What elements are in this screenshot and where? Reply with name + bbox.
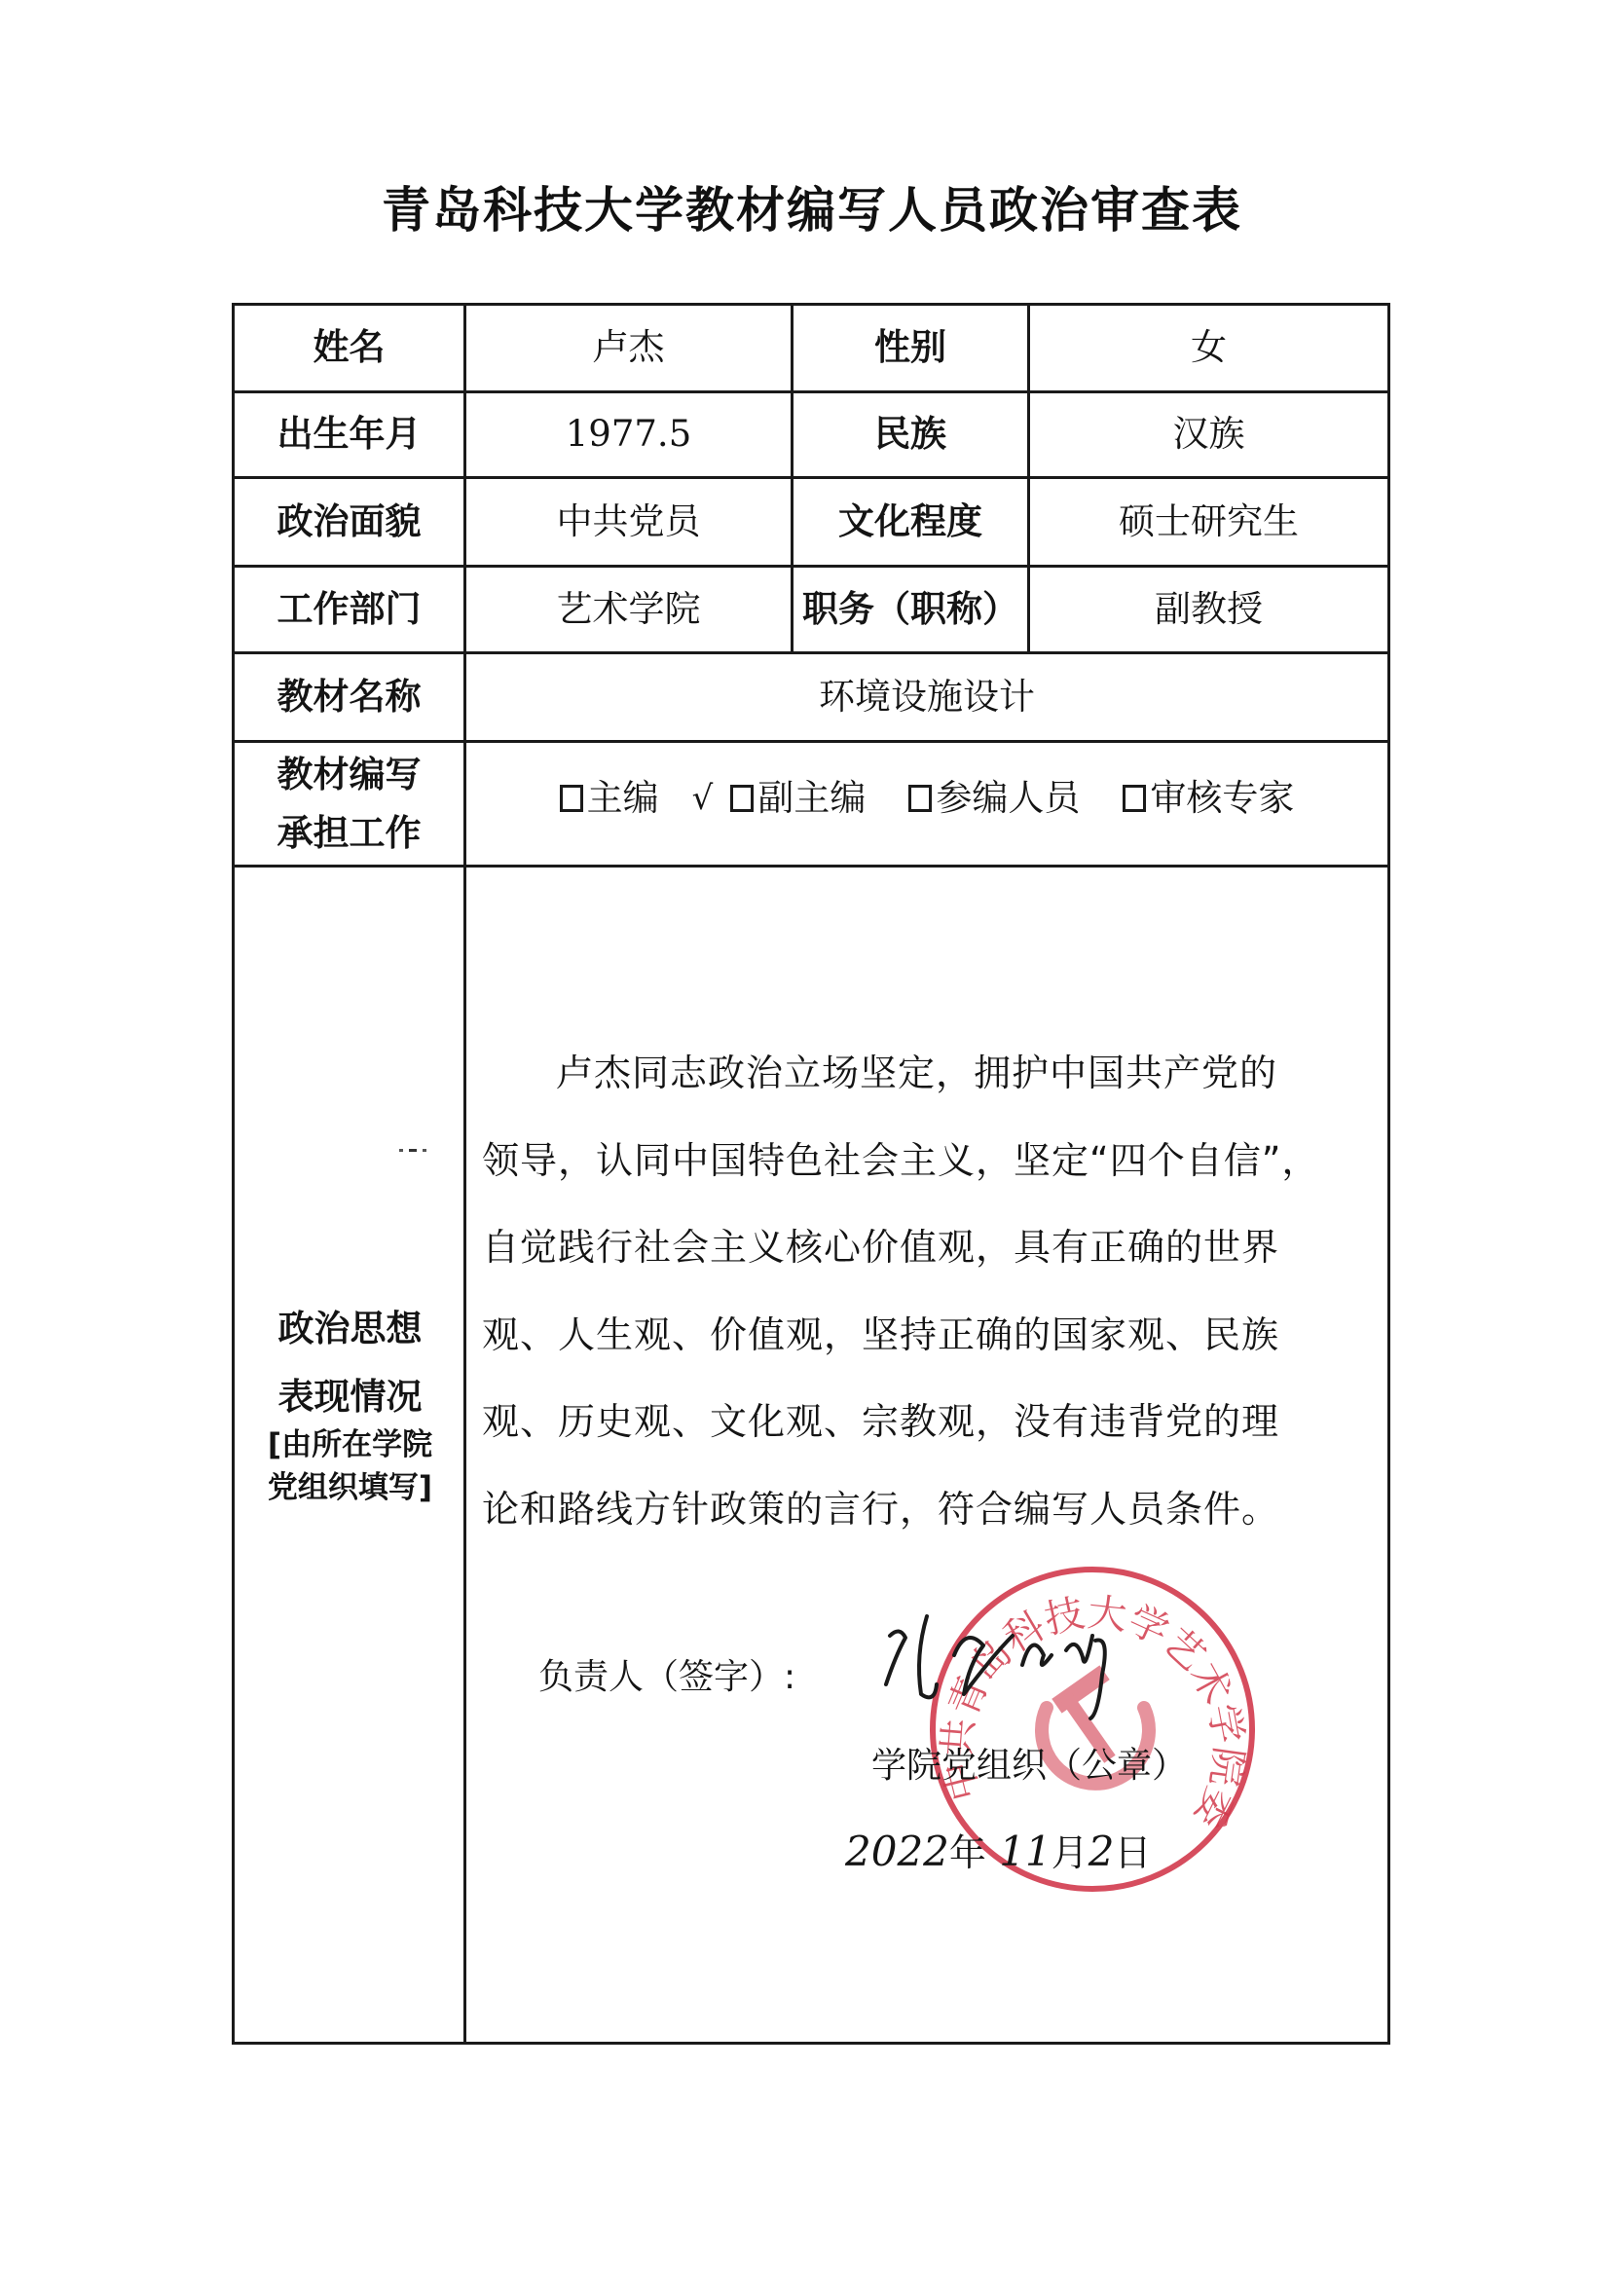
political-note-line1: [由所在学院 <box>235 1423 465 1466</box>
political-assessment-text: 卢杰同志政治立场坚定，拥护中国共产党的 领导，认同中国特色社会主义，坚定“四个自… <box>482 1030 1319 1553</box>
check-mark-icon: √ <box>692 779 714 819</box>
assessment-line: 领导，认同中国特色社会主义，坚定“四个自信”， <box>482 1118 1319 1205</box>
textbook-label: 教材名称 <box>235 654 463 740</box>
department-value: 艺术学院 <box>466 568 791 651</box>
seal-label: 学院党组织（公章） <box>871 1738 1187 1788</box>
signer-label: 负责人（签字）: <box>538 1649 795 1699</box>
political-status-label: 政治面貌 <box>235 479 463 565</box>
date-year: 2022 <box>845 1828 949 1875</box>
assessment-line: 观、历史观、文化观、宗教观，没有违背党的理 <box>482 1379 1319 1466</box>
assessment-line: 观、人生观、价值观，坚持正确的国家观、民族 <box>482 1292 1319 1380</box>
role-label: 教材编写 承担工作 <box>235 743 463 865</box>
department-label: 工作部门 <box>235 568 463 651</box>
role-option-label: 主编 <box>587 777 659 820</box>
title-value: 副教授 <box>1030 568 1387 651</box>
textbook-value: 环境设施设计 <box>466 654 1387 740</box>
political-label-line2: 表现情况 <box>235 1363 465 1431</box>
handwritten-signature-icon <box>876 1597 1168 1723</box>
role-option-contributor[interactable]: 参编人员 <box>908 777 1080 820</box>
checkbox-icon[interactable] <box>560 785 583 812</box>
role-option-label: 副主编 <box>757 777 866 820</box>
date-month: 11 <box>999 1828 1051 1875</box>
checkbox-icon[interactable] <box>908 785 932 812</box>
ethnicity-label: 民族 <box>794 393 1027 476</box>
role-option-reviewer[interactable]: 审核专家 <box>1123 777 1294 820</box>
political-performance-label: 政治思想 表现情况 [由所在学院 党组织填写] <box>235 1295 465 1509</box>
checkbox-icon[interactable] <box>1123 785 1146 812</box>
gender-label: 性别 <box>794 306 1027 390</box>
assessment-line: 自觉践行社会主义核心价值观，具有正确的世界 <box>482 1204 1319 1292</box>
political-status-value: 中共党员 <box>466 479 791 565</box>
title-label: 职务（职称） <box>794 568 1027 651</box>
stray-mark <box>399 1149 426 1155</box>
education-label: 文化程度 <box>794 479 1027 565</box>
role-option-label: 参编人员 <box>936 777 1080 820</box>
date-month-unit: 月 <box>1052 1831 1089 1874</box>
role-label-line1: 教材编写 <box>277 746 422 804</box>
role-option-label: 审核专家 <box>1150 777 1294 820</box>
role-option-chief-editor[interactable]: 主编 <box>560 777 659 820</box>
role-options: 主编 √ 副主编 参编人员 审核专家 <box>466 743 1387 865</box>
assessment-line: 卢杰同志政治立场坚定，拥护中国共产党的 <box>482 1030 1319 1118</box>
page-title: 青岛科技大学教材编写人员政治审查表 <box>0 171 1624 241</box>
role-label-line2: 承担工作 <box>277 804 422 863</box>
checkbox-icon[interactable] <box>730 785 754 812</box>
education-value: 硕士研究生 <box>1030 479 1387 565</box>
birth-value: 1977.5 <box>466 393 791 476</box>
political-label-line1: 政治思想 <box>235 1295 465 1363</box>
role-option-deputy-editor[interactable]: √ 副主编 <box>702 777 867 820</box>
name-value: 卢杰 <box>466 306 791 390</box>
name-label: 姓名 <box>235 306 463 390</box>
row-divider <box>232 865 1390 868</box>
birth-label: 出生年月 <box>235 393 463 476</box>
gender-value: 女 <box>1030 306 1387 390</box>
assessment-line: 论和路线方针政策的言行，符合编写人员条件。 <box>482 1466 1319 1554</box>
date-year-unit: 年 <box>949 1831 986 1874</box>
date-line: 2022年 11月2日 <box>845 1823 1151 1876</box>
ethnicity-value: 汉族 <box>1030 393 1387 476</box>
date-day-unit: 日 <box>1114 1831 1151 1874</box>
political-note-line2: 党组织填写] <box>235 1466 465 1509</box>
date-day: 2 <box>1089 1828 1115 1875</box>
